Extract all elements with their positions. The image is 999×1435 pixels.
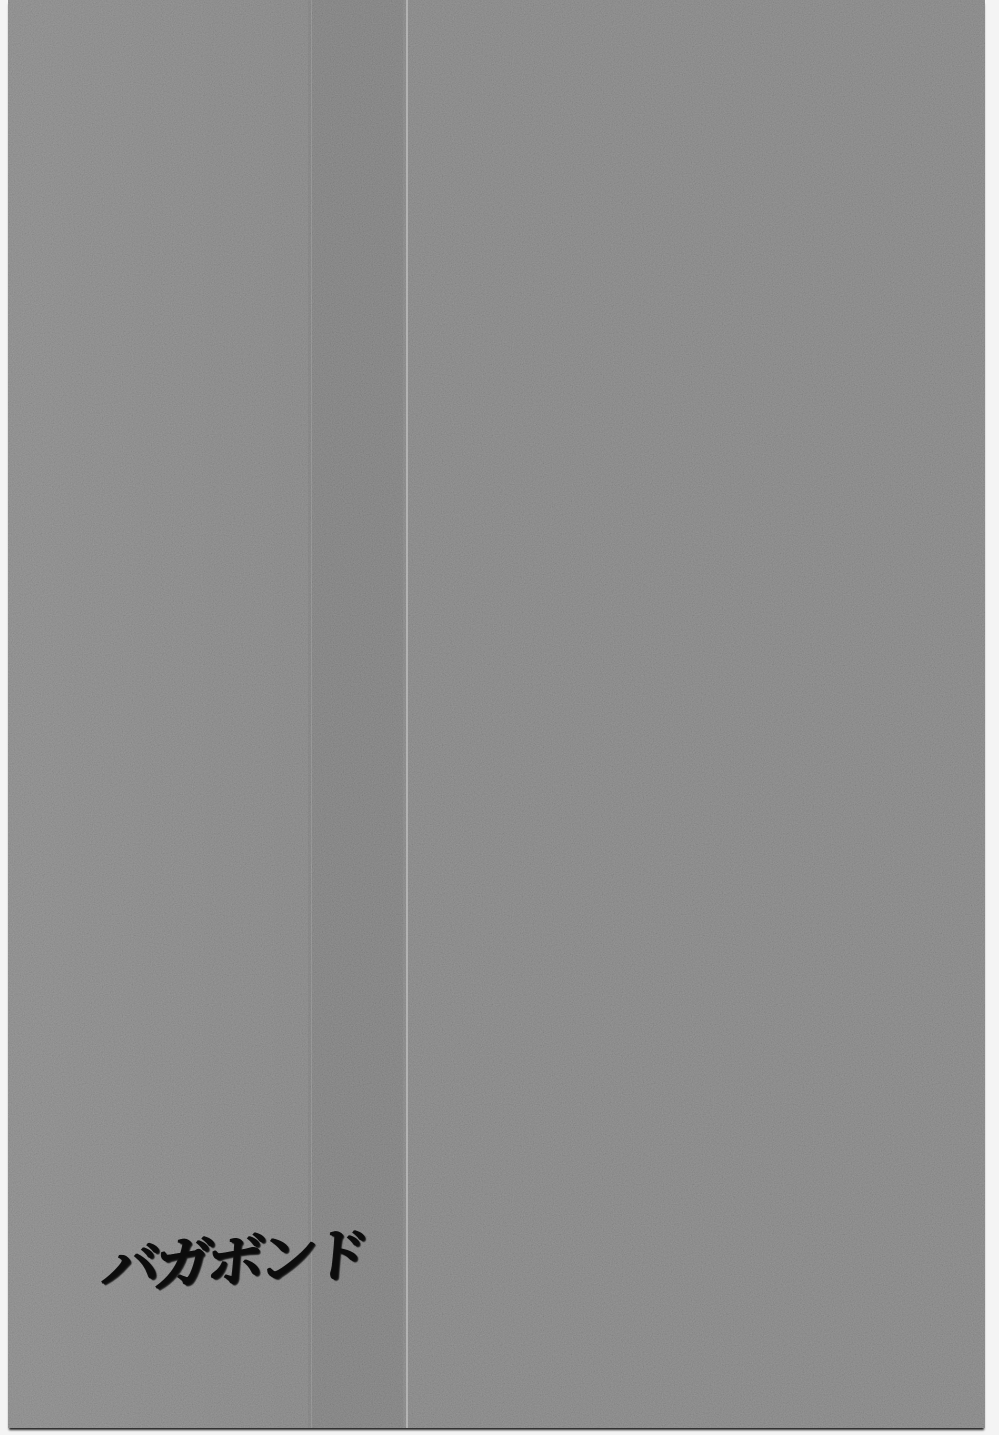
spine-band xyxy=(308,0,403,1428)
title-logo: バガボンド xyxy=(100,1225,367,1297)
faint-fold-line xyxy=(311,0,312,1428)
cover-page: バガボンド xyxy=(8,0,985,1428)
left-panel-shade xyxy=(8,0,308,1428)
fold-line xyxy=(406,0,408,1428)
